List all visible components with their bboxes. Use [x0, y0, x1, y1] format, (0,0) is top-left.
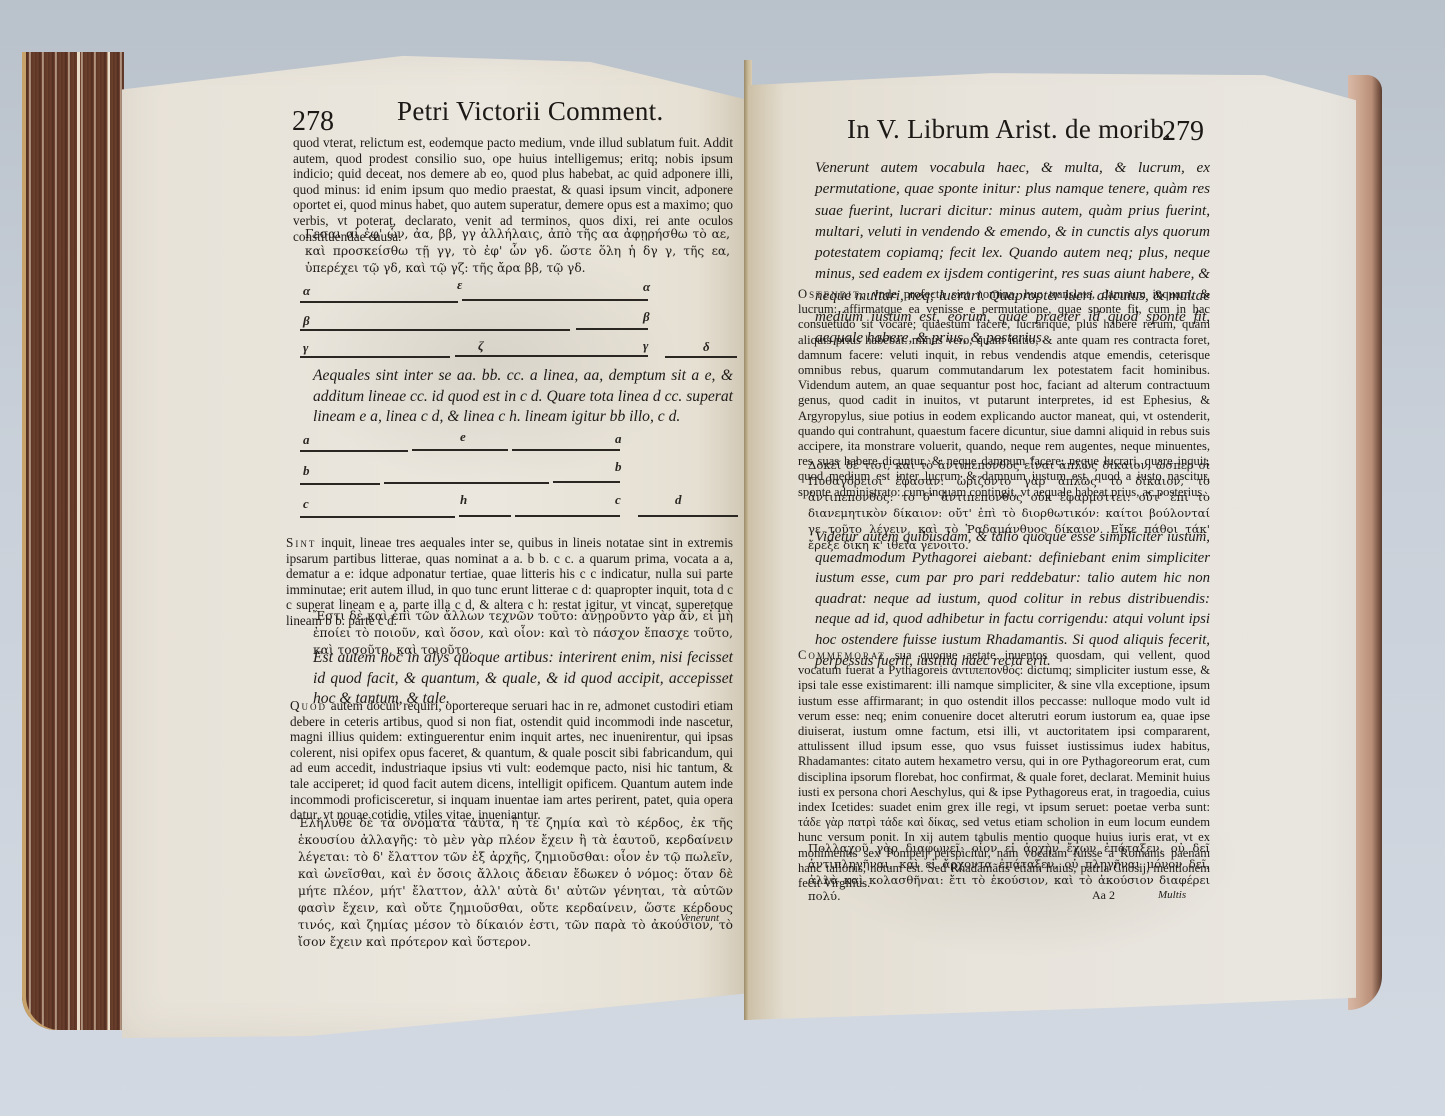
diagram-label: β	[303, 313, 310, 329]
running-head-left: Petri Victorii Comment.	[397, 96, 664, 127]
catchword-right: Multis	[1158, 889, 1186, 901]
diagram-line	[384, 482, 549, 484]
diagram-label: b	[615, 459, 622, 475]
diagram-line	[665, 356, 737, 358]
diagram-label: β	[643, 309, 650, 325]
signature-mark: Aa 2	[1092, 888, 1115, 903]
left-greek-quote-3: Ἐλήλυθε δὲ τὰ ὀνόματα ταῦτα, ἥ τε ζημία …	[298, 815, 733, 951]
page-edge-stripe	[77, 52, 80, 1030]
diagram-line	[300, 450, 408, 452]
diagram-line	[300, 483, 380, 485]
geometry-diagram-greek: α ε α β β γ ζ γ δ	[300, 283, 740, 363]
diagram-label: e	[460, 429, 466, 445]
diagram-line	[638, 515, 738, 517]
diagram-label: α	[643, 279, 650, 295]
diagram-label: d	[675, 492, 682, 508]
lead-word: Commemorat	[798, 648, 886, 662]
page-edge-stripe	[108, 52, 110, 1030]
diagram-line	[512, 449, 620, 451]
lead-word: Ostendit,	[798, 287, 866, 301]
left-paragraph-5: Quod autem docuit requiri, oportereque s…	[290, 698, 733, 823]
diagram-label: c	[615, 492, 621, 508]
diagram-line	[412, 449, 508, 451]
diagram-label: b	[303, 463, 310, 479]
diagram-line	[576, 328, 648, 330]
diagram-line	[455, 355, 648, 357]
paragraph-text: autem docuit requiri, oportereque seruar…	[290, 698, 733, 822]
diagram-label: α	[303, 283, 310, 299]
left-fore-edge	[22, 52, 124, 1030]
diagram-line	[300, 329, 570, 331]
page-number-right: 279	[1162, 116, 1204, 148]
diagram-line	[515, 515, 620, 517]
left-paragraph-2-italic: Aequales sint inter se aa. bb. cc. a lin…	[313, 366, 733, 428]
diagram-line	[300, 301, 458, 303]
diagram-line	[459, 515, 511, 517]
diagram-label: h	[460, 492, 467, 508]
diagram-label: ε	[457, 277, 462, 293]
diagram-line	[300, 516, 455, 518]
diagram-label: γ	[643, 338, 648, 354]
diagram-label: ζ	[478, 338, 484, 354]
catchword-left: Venerunt	[680, 912, 719, 924]
right-greek-quote-2: Πολλαχοῦ γὰρ διαφωνεῖ: οἷον εἰ ἀρχὴν ἔχω…	[808, 840, 1210, 904]
running-head-right: In V. Librum Arist. de morib.	[847, 114, 1171, 145]
diagram-line	[553, 481, 620, 483]
lead-word: Quod	[290, 698, 327, 713]
diagram-line	[300, 356, 450, 358]
diagram-label: δ	[703, 339, 710, 355]
diagram-label: a	[615, 431, 622, 447]
diagram-line	[462, 299, 648, 301]
diagram-label: a	[303, 432, 310, 448]
lead-word: Sint	[286, 535, 316, 550]
geometry-diagram-latin: a e a b b c h c d	[300, 432, 740, 517]
diagram-label: c	[303, 496, 309, 512]
diagram-label: γ	[303, 340, 308, 356]
left-greek-quote-1: Γεσαι αἱ ἐφ' ὧν, ἀα, ββ, γγ ἀλλήλαις, ἀπ…	[305, 226, 730, 277]
page-number-left: 278	[292, 106, 334, 138]
